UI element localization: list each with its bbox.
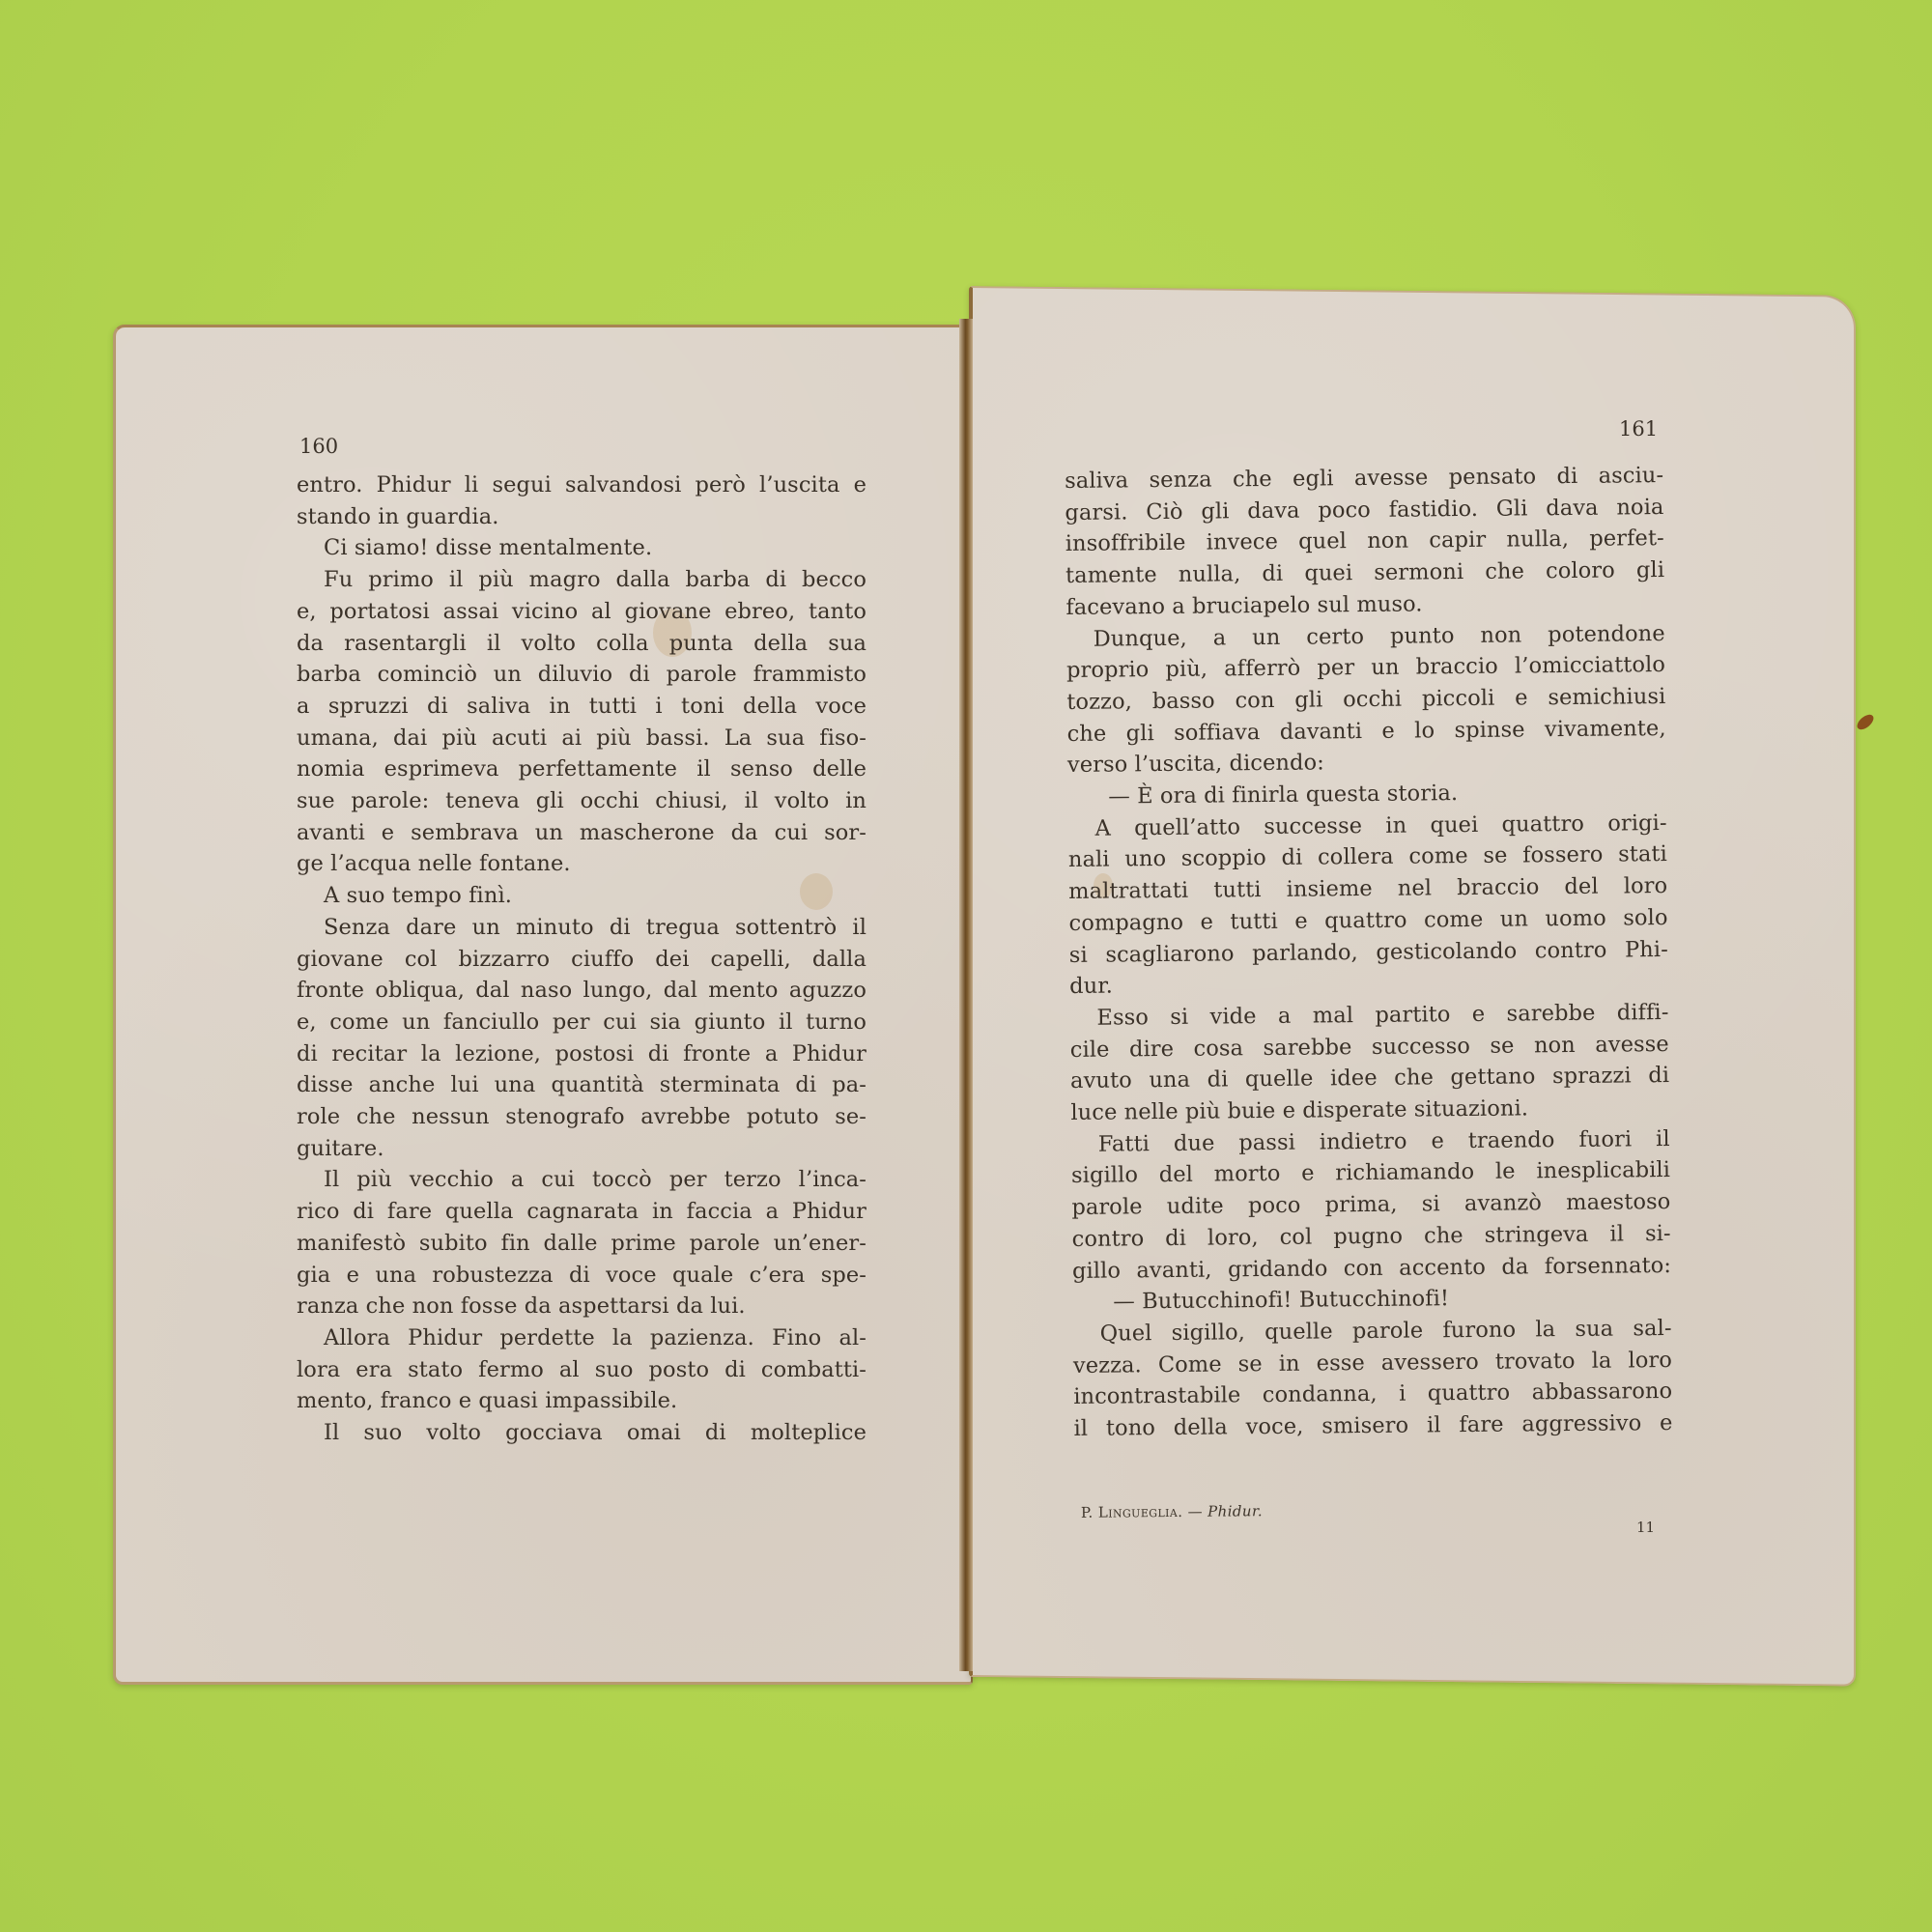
text-line: giovane col bizzarro ciuffo dei capelli,… xyxy=(297,944,867,976)
text-line: compagno e tutti e quattro come un uomo … xyxy=(1068,902,1667,940)
right-page-body-text: saliva senza che egli avesse pensato di … xyxy=(1065,460,1673,1445)
text-line: stando in guardia. xyxy=(297,501,867,533)
text-line: nomia esprimeva perfettamente il senso d… xyxy=(297,753,867,785)
text-line: Il suo volto gocciava omai di molteplice xyxy=(297,1417,867,1449)
text-line: Fu primo il più magro dalla barba di bec… xyxy=(297,564,867,596)
text-line: sue parole: teneva gli occhi chiusi, il … xyxy=(297,785,867,817)
text-line: fronte obliqua, dal naso lungo, dal ment… xyxy=(297,975,867,1007)
text-line: tamente nulla, di quei sermoni che color… xyxy=(1065,554,1664,592)
text-line: Quel sigillo, quelle parole furono la su… xyxy=(1072,1313,1671,1350)
text-line: role che nessun stenografo avrebbe potut… xyxy=(297,1101,867,1133)
text-line: si scagliarono parlando, gesticolando co… xyxy=(1069,934,1668,972)
text-line: mento, franco e quasi impassibile. xyxy=(297,1385,867,1417)
text-line: saliva senza che egli avesse pensato di … xyxy=(1065,460,1663,497)
book-spine-gutter xyxy=(959,319,973,1671)
text-line: Ci siamo! disse mentalmente. xyxy=(297,532,867,564)
signature-mark: 11 xyxy=(1636,1519,1655,1536)
text-line: disse anche lui una quantità sterminata … xyxy=(297,1069,867,1101)
text-line: A suo tempo finì. xyxy=(297,880,867,912)
text-line: lora era stato fermo al suo posto di com… xyxy=(297,1354,867,1386)
footer-author: P. Lingueglia. xyxy=(1081,1503,1183,1521)
page-number-left: 160 xyxy=(299,435,338,458)
text-line: Allora Phidur perdette la pazienza. Fino… xyxy=(297,1322,867,1354)
text-line: Il più vecchio a cui toccò per terzo l’i… xyxy=(297,1164,867,1196)
page-number-right: 161 xyxy=(1619,417,1658,440)
text-line: Esso si vide a mal partito e sarebbe dif… xyxy=(1069,997,1668,1035)
text-line: avanti e sembrava un mascherone da cui s… xyxy=(297,817,867,849)
text-line: Senza dare un minuto di tregua sottentrò… xyxy=(297,912,867,944)
text-line: che gli soffiava davanti e lo spinse viv… xyxy=(1067,713,1666,751)
footer-separator: — xyxy=(1182,1503,1207,1520)
page-footer-signature: P. Lingueglia. — Phidur. xyxy=(1081,1502,1263,1521)
text-line: e, come un fanciullo per cui sia giunto … xyxy=(297,1007,867,1038)
text-line: tozzo, basso con gli occhi piccoli e sem… xyxy=(1066,681,1665,719)
text-line: entro. Phidur li segui salvandosi però l… xyxy=(297,469,867,501)
text-line: contro di loro, col pugno che stringeva … xyxy=(1072,1218,1671,1256)
left-page-body-text: entro. Phidur li segui salvandosi però l… xyxy=(297,469,867,1449)
text-line: da rasentargli il volto colla punta dell… xyxy=(297,628,867,660)
text-line: il tono della voce, smisero il fare aggr… xyxy=(1073,1407,1672,1445)
text-line: avuto una di quelle idee che gettano spr… xyxy=(1070,1060,1669,1097)
text-line: a spruzzi di saliva in tutti i toni dell… xyxy=(297,691,867,723)
text-line: gia e una robustezza di voce quale c’era… xyxy=(297,1260,867,1292)
text-line: manifestò subito fin dalle prime parole … xyxy=(297,1228,867,1260)
text-line: rico di fare quella cagnarata in faccia … xyxy=(297,1196,867,1228)
text-line: di recitar la lezione, postosi di fronte… xyxy=(297,1038,867,1070)
text-line: ge l’acqua nelle fontane. xyxy=(297,848,867,880)
text-line: ranza che non fosse da aspettarsi da lui… xyxy=(297,1291,867,1322)
small-insect xyxy=(1855,712,1876,732)
text-line: umana, dai più acuti ai più bassi. La su… xyxy=(297,723,867,754)
text-line: gillo avanti, gridando con accento da fo… xyxy=(1072,1250,1671,1288)
footer-title: Phidur. xyxy=(1207,1502,1263,1520)
text-line: guitare. xyxy=(297,1133,867,1165)
text-line: barba cominciò un diluvio di parole fram… xyxy=(297,659,867,691)
text-line: e, portatosi assai vicino al giovane ebr… xyxy=(297,596,867,628)
